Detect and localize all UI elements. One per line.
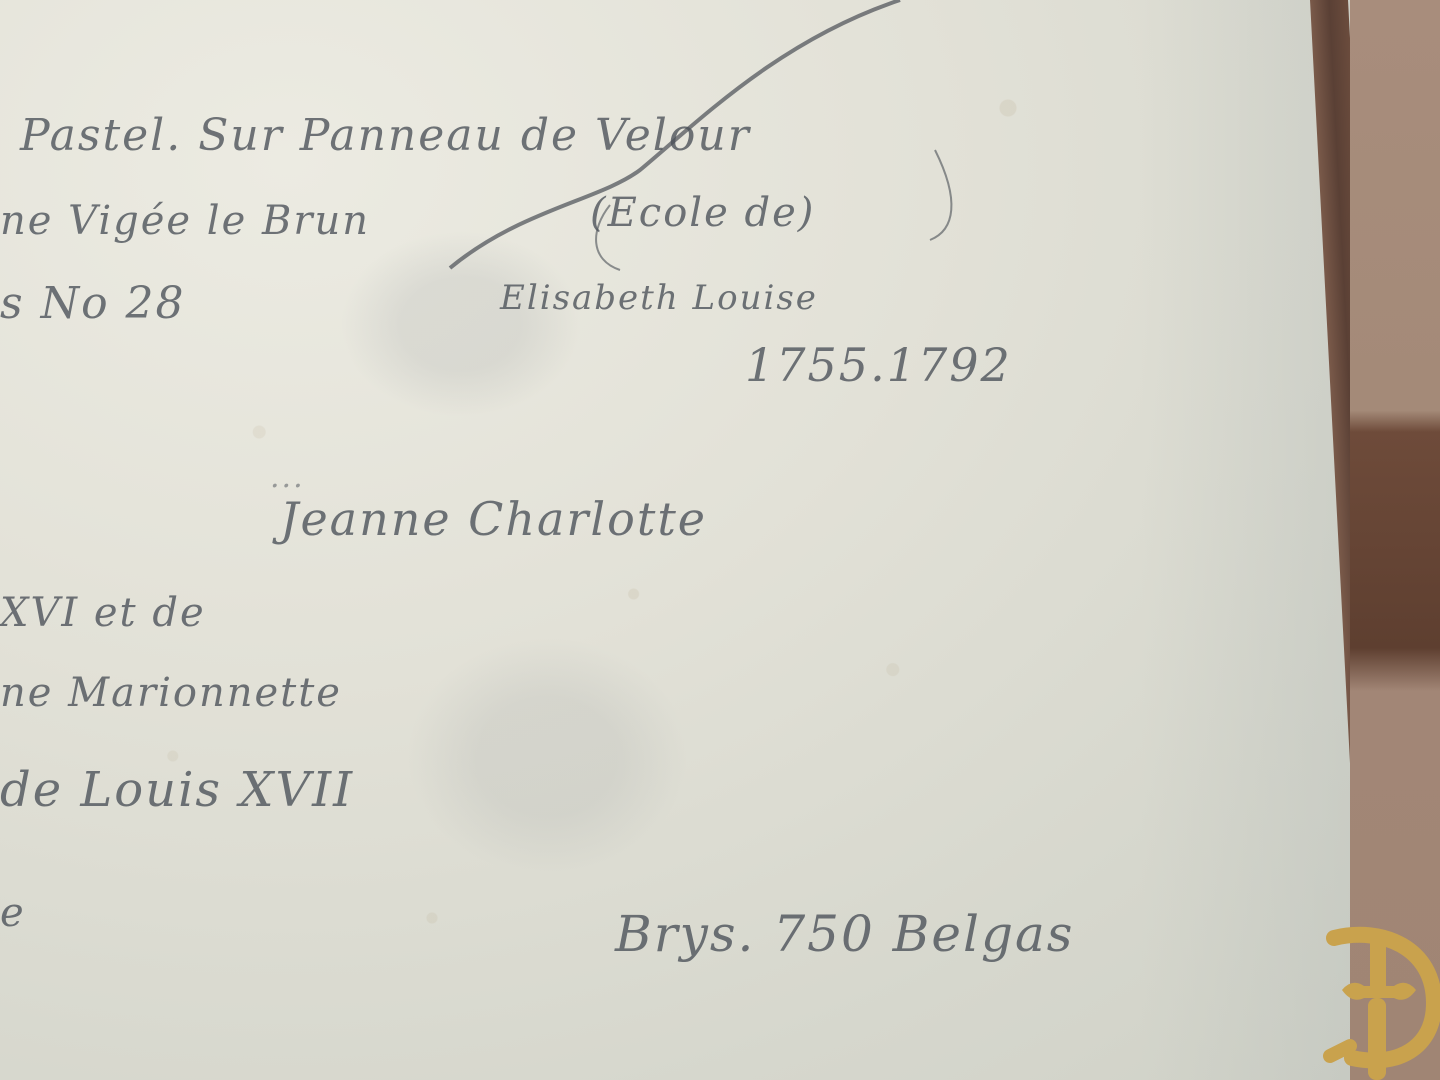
auction-house-gavel-logo-icon [1322, 918, 1440, 1080]
inscription-line: e [0, 890, 26, 936]
inscription-line: s No 28 [0, 278, 186, 329]
inscription-line: ne Marionnette [0, 670, 342, 716]
inscription-line: ... [270, 460, 305, 495]
inscription-line: de Louis XVII [0, 762, 354, 818]
inscription-line: Brys. 750 Belgas [615, 905, 1074, 963]
inscription-line: (Ecole de) [590, 190, 815, 236]
inscription-line: Pastel. Sur Panneau de Velour [20, 110, 751, 161]
inscription-line: Jeanne Charlotte [280, 492, 707, 546]
inscription-line: XVI et de [0, 590, 206, 636]
inscription-line: ne Vigée le Brun [0, 198, 370, 244]
inscription-line: Elisabeth Louise [500, 278, 818, 318]
inscription-line: 1755.1792 [745, 338, 1012, 392]
